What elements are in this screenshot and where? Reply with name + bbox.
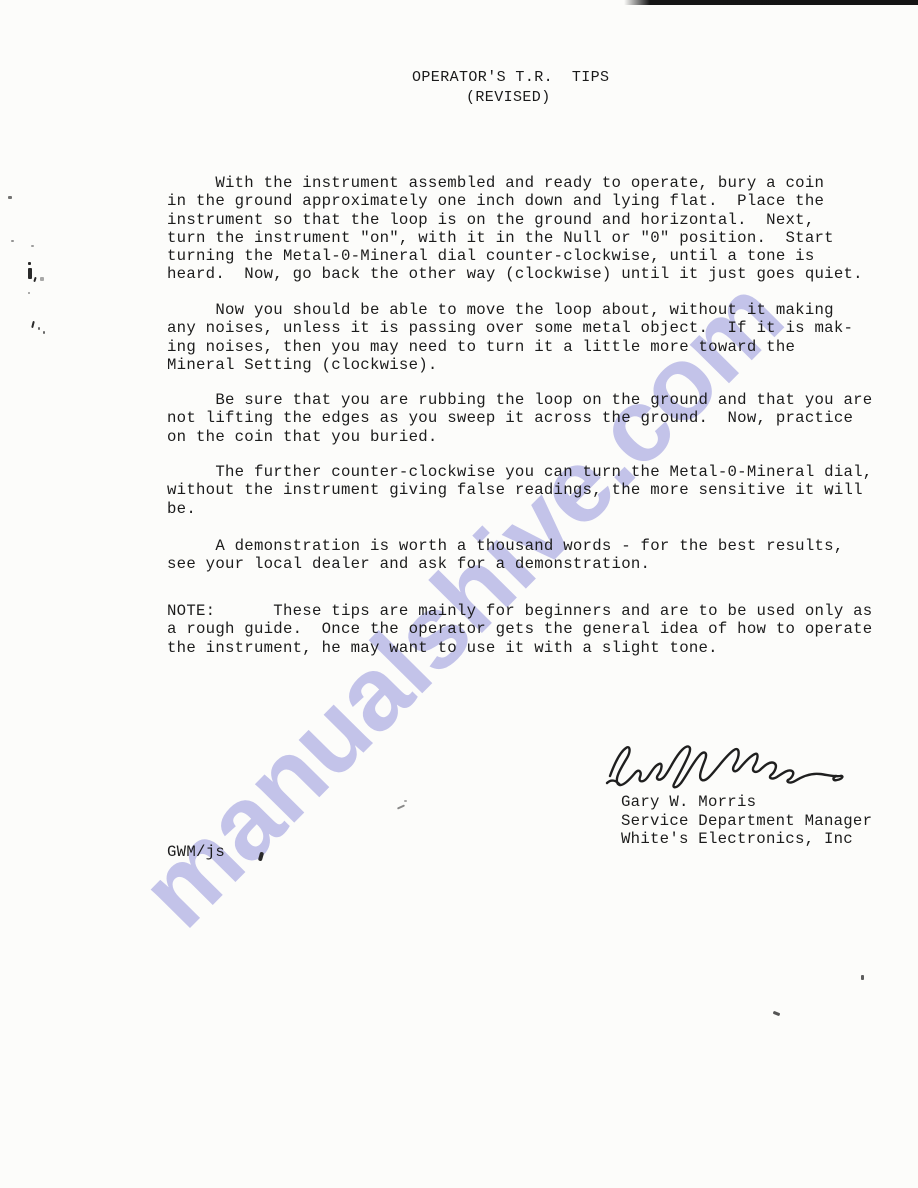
scan-speck: [28, 262, 31, 265]
paragraph-4: The further counter-clockwise you can tu…: [167, 463, 872, 518]
signer-role: Service Department Manager: [621, 812, 872, 830]
scan-edge-artifact: [624, 0, 918, 5]
scan-speck: [8, 196, 12, 199]
scan-speck: [38, 327, 40, 330]
signer-name: Gary W. Morris: [621, 793, 756, 811]
scan-speck: [40, 277, 44, 281]
scan-speck: [31, 321, 35, 328]
scan-speck: [31, 245, 34, 247]
paragraph-3: Be sure that you are rubbing the loop on…: [167, 391, 872, 446]
note-paragraph: NOTE: These tips are mainly for beginner…: [167, 602, 872, 657]
typist-initials: GWM/js: [167, 843, 225, 861]
scan-speck: [773, 1011, 781, 1016]
scan-speck: [404, 800, 407, 802]
scan-speck: [397, 804, 405, 809]
scan-speck: [43, 331, 45, 334]
paragraph-5: A demonstration is worth a thousand word…: [167, 537, 843, 574]
scan-speck: [861, 975, 864, 980]
signer-company: White's Electronics, Inc: [621, 830, 853, 848]
scan-speck: [33, 277, 36, 282]
scanned-document-page: manualshive.com OPERATOR'S T.R. TIPS (RE…: [0, 0, 918, 1188]
document-title: OPERATOR'S T.R. TIPS: [412, 69, 609, 86]
paragraph-2: Now you should be able to move the loop …: [167, 301, 853, 374]
document-subtitle: (REVISED): [466, 89, 551, 106]
scan-speck: [28, 292, 30, 294]
scan-speck: [11, 240, 14, 242]
scan-speck: [28, 268, 32, 279]
paragraph-1: With the instrument assembled and ready …: [167, 174, 863, 284]
signature-handwriting: [604, 734, 852, 802]
